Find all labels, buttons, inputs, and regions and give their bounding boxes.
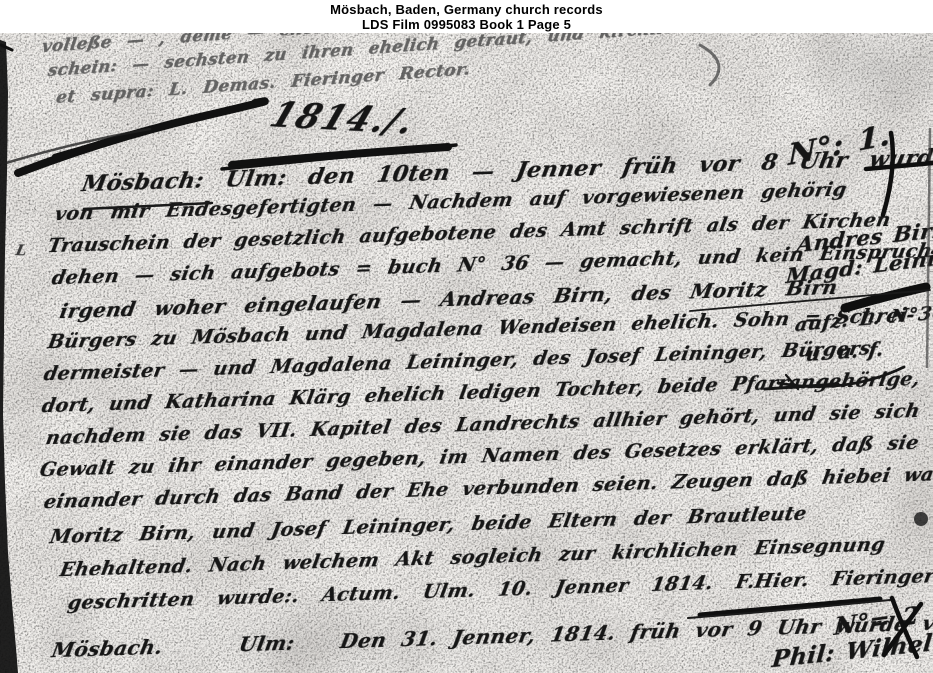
year-heading: 1814./. xyxy=(264,95,421,143)
scan-edge-left xyxy=(0,40,18,673)
typed-header: Mösbach, Baden, Germany church records L… xyxy=(0,2,933,32)
record-title: Mösbach, Baden, Germany church records xyxy=(0,2,933,17)
paper-smudge xyxy=(860,403,933,583)
paper-smudge xyxy=(790,33,933,123)
scanned-document: volleße — , deme — ehelich getraut, und … xyxy=(0,33,933,673)
film-reference: LDS Film 0995083 Book 1 Page 5 xyxy=(0,17,933,32)
edge-tick xyxy=(1,45,12,50)
margin-left-mark: L xyxy=(14,241,29,259)
heading-slash-stroke xyxy=(6,129,150,163)
scanned-record-page: Mösbach, Baden, Germany church records L… xyxy=(0,0,933,673)
prev-entry-flourish xyxy=(700,45,719,85)
heading-slash-stroke xyxy=(18,101,265,173)
margin-entry1-note: u. u. f. xyxy=(804,339,885,366)
ink-blob xyxy=(914,512,928,526)
heading-slash-stroke xyxy=(55,117,200,157)
